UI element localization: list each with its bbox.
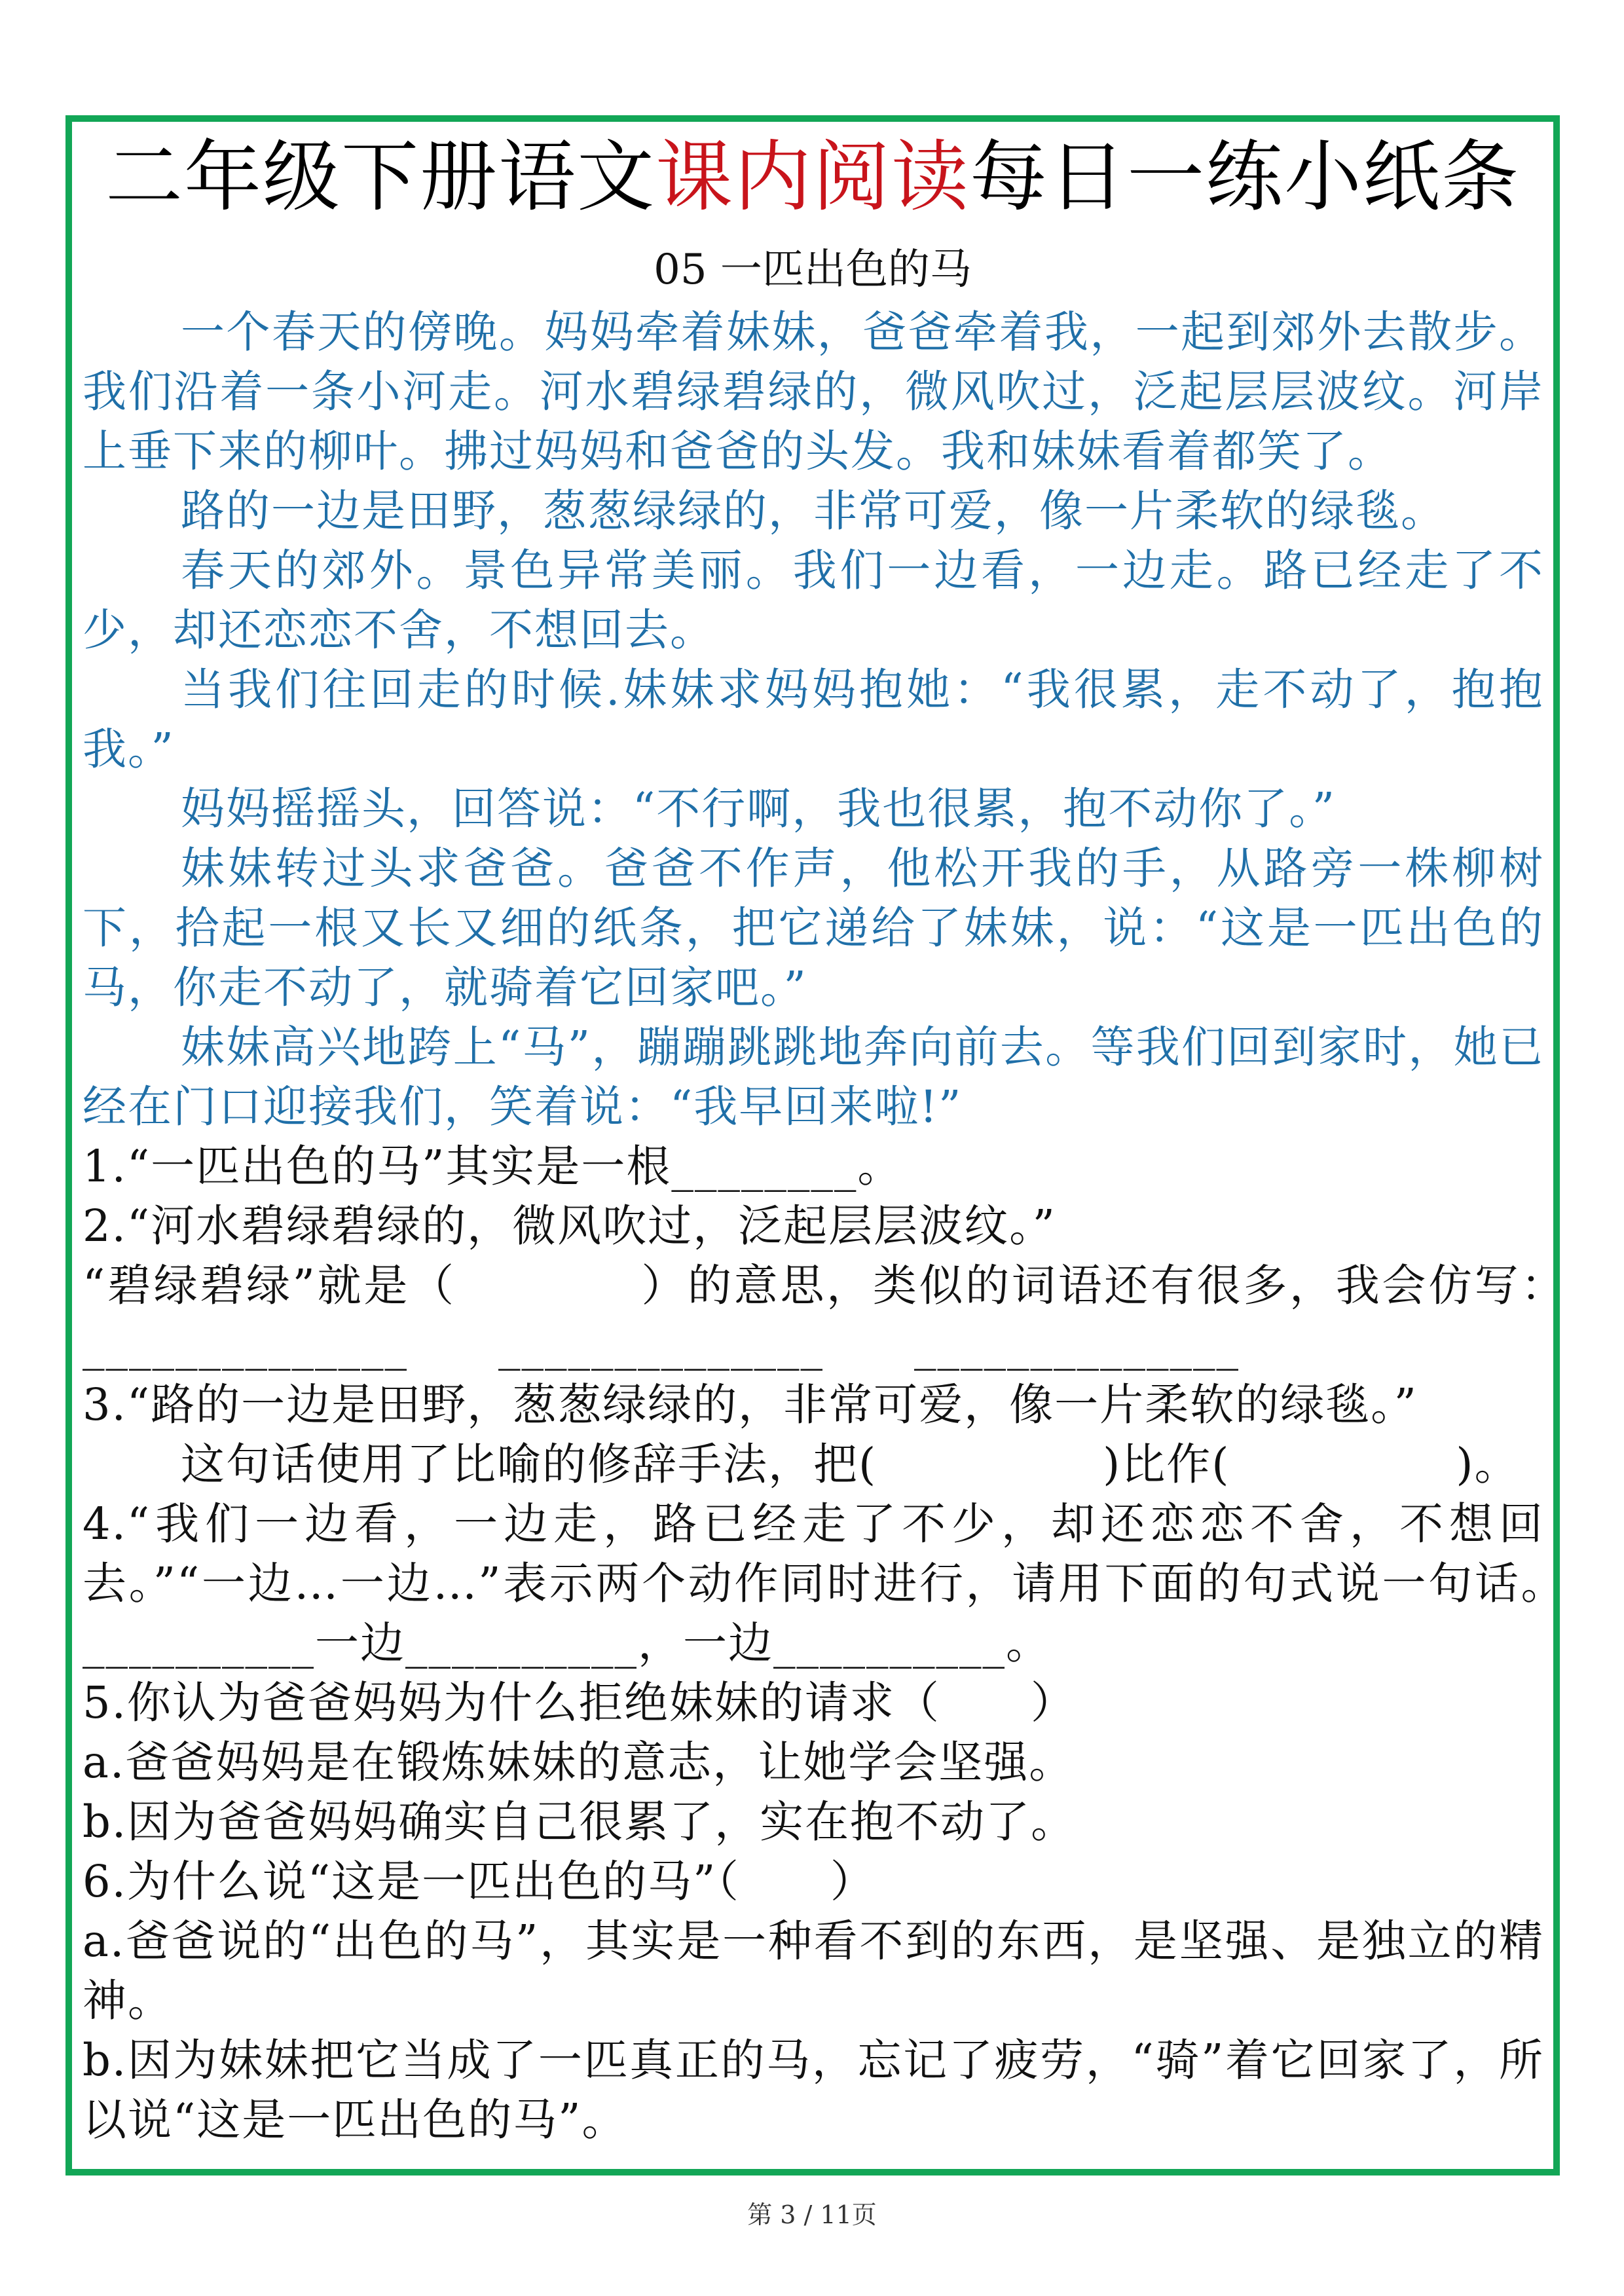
page-title: 二年级下册语文课内阅读每日一练小纸条 — [72, 131, 1553, 223]
title-accent: 课内阅读 — [655, 132, 970, 222]
page-number: 第 3 / 11页 — [0, 2198, 1624, 2231]
worksheet-frame: 二年级下册语文课内阅读每日一练小纸条 05 一匹出色的马 一个春天的傍晚。妈妈牵… — [65, 115, 1560, 2176]
lesson-title: 05 一匹出色的马 — [72, 244, 1553, 296]
question-2-quote: 2.“河水碧绿碧绿的，微风吹过，泛起层层波纹。” — [83, 1196, 1544, 1256]
question-2-prompt: “碧绿碧绿”就是（ ）的意思，类似的词语还有很多，我会仿写： _________… — [83, 1256, 1544, 1375]
question-5-option-a: a.爸爸妈妈是在锻炼妹妹的意志，让她学会坚强。 — [83, 1733, 1544, 1792]
passage-paragraph: 妹妹转过头求爸爸。爸爸不作声，他松开我的手，从路旁一株柳树下，拾起一根又长又细的… — [83, 839, 1544, 1018]
title-part-2: 每日一练小纸条 — [970, 132, 1520, 222]
reading-passage: 一个春天的傍晚。妈妈牵着妹妹，爸爸牵着我，一起到郊外去散步。我们沿着一条小河走。… — [83, 303, 1544, 1137]
question-5-option-b: b.因为爸爸妈妈确实自己很累了，实在抱不动了。 — [83, 1792, 1544, 1852]
passage-paragraph: 妈妈摇摇头，回答说：“不行啊，我也很累，抱不动你了。” — [83, 779, 1544, 839]
question-1: 1.“一匹出色的马”其实是一根________。 — [83, 1137, 1544, 1196]
title-part-1: 二年级下册语文 — [105, 132, 655, 222]
question-5: 5.你认为爸爸妈妈为什么拒绝妹妹的请求（ ） — [83, 1673, 1544, 1733]
passage-paragraph: 当我们往回走的时候.妹妹求妈妈抱她：“我很累，走不动了，抱抱我。” — [83, 660, 1544, 779]
passage-paragraph: 路的一边是田野，葱葱绿绿的，非常可爱，像一片柔软的绿毯。 — [83, 481, 1544, 541]
question-6-option-b: b.因为妹妹把它当成了一匹真正的马，忘记了疲劳，“骑”着它回家了，所以说“这是一… — [83, 2031, 1544, 2150]
question-list: 1.“一匹出色的马”其实是一根________。 2.“河水碧绿碧绿的，微风吹过… — [83, 1137, 1544, 2150]
question-3-quote: 3.“路的一边是田野，葱葱绿绿的，非常可爱，像一片柔软的绿毯。” — [83, 1375, 1544, 1435]
passage-paragraph: 一个春天的傍晚。妈妈牵着妹妹，爸爸牵着我，一起到郊外去散步。我们沿着一条小河走。… — [83, 303, 1544, 481]
question-3-prompt: 这句话使用了比喻的修辞手法，把( )比作( )。 — [83, 1435, 1544, 1494]
passage-paragraph: 妹妹高兴地跨上“马”，蹦蹦跳跳地奔向前去。等我们回到家时，她已经在门口迎接我们，… — [83, 1018, 1544, 1137]
passage-paragraph: 春天的郊外。景色异常美丽。我们一边看，一边走。路已经走了不少，却还恋恋不舍，不想… — [83, 541, 1544, 660]
question-6-option-a: a.爸爸说的“出色的马”，其实是一种看不到的东西，是坚强、是独立的精神。 — [83, 1912, 1544, 2031]
worksheet-content: 一个春天的傍晚。妈妈牵着妹妹，爸爸牵着我，一起到郊外去散步。我们沿着一条小河走。… — [83, 303, 1544, 2150]
question-6: 6.为什么说“这是一匹出色的马”（ ） — [83, 1852, 1544, 1912]
question-4: 4.“我们一边看，一边走，路已经走了不少，却还恋恋不舍，不想回去。”“一边…一边… — [83, 1494, 1544, 1673]
